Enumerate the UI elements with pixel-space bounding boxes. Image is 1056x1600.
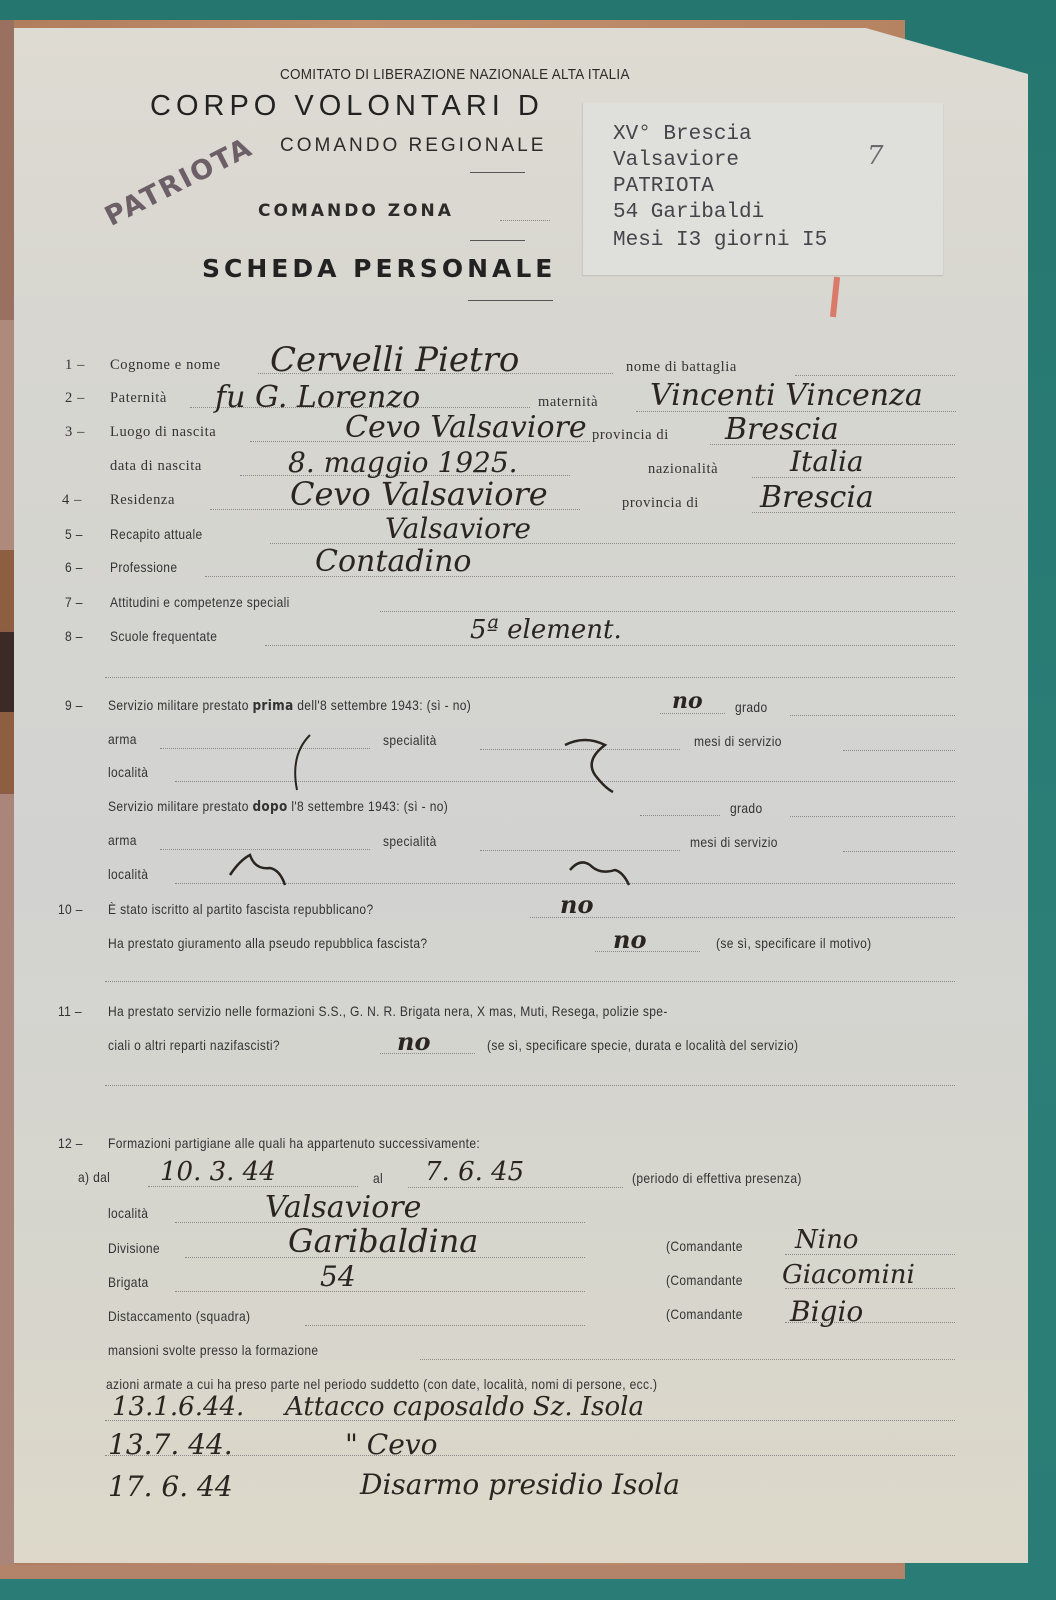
residence-label: Residenza: [110, 492, 175, 509]
oath-answer: no: [613, 925, 646, 954]
battle-name-label: nome di battaglia: [626, 359, 737, 376]
field-number: 5 –: [65, 526, 83, 542]
corps-heading: CORPO VOLONTARI D: [150, 90, 544, 123]
division-commander-value: Nino: [795, 1225, 858, 1255]
nazi-formations-question-cont: ciali o altri reparti nazifascisti?: [108, 1037, 280, 1053]
profession-value: Contadino: [315, 544, 471, 579]
divider: [468, 300, 553, 301]
schools-label: Scuole frequentate: [110, 628, 217, 644]
pencil-mark: 7: [867, 141, 884, 171]
field-number: 12 –: [58, 1135, 83, 1151]
specialty-label-after: specialità: [383, 833, 437, 849]
divider: [470, 240, 525, 241]
arm-label-after: arma: [108, 832, 137, 848]
nazi-formations-note: (se sì, specificare specie, durata e loc…: [487, 1037, 798, 1053]
oath-line: [595, 951, 700, 952]
military-before-question: dell'8 settembre 1943: (sì - no): [297, 697, 471, 713]
paternity-label: Paternità: [110, 390, 167, 407]
military-before-answer: no: [672, 688, 703, 714]
locality-label-after: località: [108, 866, 148, 882]
field-number: 3 –: [65, 424, 85, 441]
regional-command-heading: COMANDO REGIONALE: [280, 135, 546, 157]
detachment-commander-value: Bigio: [790, 1295, 863, 1328]
military-after-text: Servizio militare prestato: [108, 798, 249, 814]
surname-name-label: Cognome e nome: [110, 357, 221, 374]
service-months-label-after: mesi di servizio: [690, 834, 778, 850]
residence-province-label: provincia di: [622, 495, 699, 512]
military-before-text: Servizio militare prestato: [108, 697, 249, 713]
fascist-party-answer: no: [560, 890, 593, 919]
division-commander-label: (Comandante: [666, 1238, 743, 1254]
brigade-value: 54: [320, 1260, 356, 1293]
birthplace-value: Cevo Valsaviore: [345, 410, 587, 445]
action-2-text: " Cevo: [345, 1428, 437, 1461]
from-label: a) dal: [78, 1169, 110, 1185]
typed-label-slip: XV° Brescia Valsaviore PATRIOTA 54 Garib…: [582, 103, 943, 275]
partisan-locality-label: località: [108, 1205, 148, 1221]
rank-line-after: [790, 816, 955, 817]
page-title: SCHEDA PERSONALE: [202, 254, 556, 283]
label-line-area: Valsaviore: [613, 149, 739, 172]
brigade-label: Brigata: [108, 1274, 149, 1290]
birth-province-value: Brescia: [725, 412, 839, 447]
military-before-answer-line: [660, 713, 725, 714]
action-1-text: Attacco caposaldo Sz. Isola: [285, 1392, 644, 1422]
maternity-value: Vincenti Vincenza: [650, 378, 923, 413]
schools-value: 5ª element.: [470, 615, 622, 645]
divider: [470, 172, 525, 173]
to-date: 7. 6. 45: [425, 1157, 524, 1187]
birthplace-label: Luogo di nascita: [110, 424, 216, 441]
action-3-date: 17. 6. 44: [108, 1470, 233, 1503]
military-after-label: Servizio militare prestato dopo l'8 sett…: [108, 798, 448, 815]
committee-heading: COMITATO DI LIBERAZIONE NAZIONALE ALTA I…: [280, 66, 630, 83]
service-months-line-after: [843, 851, 955, 852]
label-line-brigade: 54 Garibaldi: [613, 201, 764, 224]
skills-label: Attitudini e competenze speciali: [110, 594, 290, 610]
partisan-heading: Formazioni partigiane alle quali ha appa…: [108, 1135, 480, 1151]
nationality-label: nazionalità: [648, 461, 718, 478]
label-line-duration: Mesi I3 giorni I5: [613, 229, 827, 252]
detachment-label: Distaccamento (squadra): [108, 1308, 250, 1324]
field-number: 7 –: [65, 594, 83, 610]
birthdate-label: data di nascita: [110, 458, 202, 475]
residence-province-value: Brescia: [760, 480, 874, 515]
board-bottom-edge: [0, 1565, 905, 1579]
profession-label: Professione: [110, 559, 177, 575]
partisan-locality-value: Valsaviore: [265, 1190, 421, 1225]
armed-actions-label: azioni armate a cui ha preso parte nel p…: [106, 1376, 657, 1392]
to-label: al: [373, 1170, 383, 1186]
from-date: 10. 3. 44: [160, 1157, 276, 1187]
oath-question: Ha prestato giuramento alla pseudo repub…: [108, 935, 427, 951]
duties-line: [420, 1359, 955, 1360]
military-after-answer-line: [640, 815, 720, 816]
field-number: 2 –: [65, 390, 85, 407]
locality-label: località: [108, 764, 148, 780]
service-months-line: [843, 750, 955, 751]
duties-label: mansioni svolte presso la formazione: [108, 1342, 318, 1358]
rank-label-after: grado: [730, 800, 763, 816]
rank-line: [790, 715, 955, 716]
to-line: [408, 1187, 623, 1188]
division-value: Garibaldina: [288, 1222, 478, 1260]
strike-through-marks: [285, 730, 645, 800]
birth-province-label: provincia di: [592, 427, 669, 444]
oath-reason-line: [105, 981, 955, 982]
field-number: 1 –: [65, 357, 85, 374]
zone-field-line: [500, 220, 550, 221]
field-number: 11 –: [58, 1003, 82, 1019]
nazi-formations-answer: no: [397, 1027, 430, 1056]
action-1-date: 13.1.6.44.: [112, 1392, 244, 1422]
label-line-unit: XV° Brescia: [613, 123, 752, 146]
nazi-formations-question: Ha prestato servizio nelle formazioni S.…: [108, 1003, 668, 1019]
field-number: 6 –: [65, 559, 83, 575]
nationality-value: Italia: [790, 445, 864, 478]
maternity-label: maternità: [538, 394, 598, 411]
detachment-commander-label: (Comandante: [666, 1306, 743, 1322]
residence-value: Cevo Valsaviore: [290, 475, 548, 513]
fascist-party-line: [530, 917, 955, 918]
label-line-status: PATRIOTA: [613, 175, 714, 198]
period-note: (periodo di effettiva presenza): [632, 1170, 802, 1186]
military-before-emphasis: prima: [252, 698, 293, 714]
schools-line: [265, 645, 955, 646]
current-address-value: Valsaviore: [385, 512, 531, 545]
brigade-line: [175, 1291, 585, 1292]
military-after-question: l'8 settembre 1943: (sì - no): [291, 798, 448, 814]
military-after-emphasis: dopo: [252, 799, 287, 815]
brigade-commander-label: (Comandante: [666, 1272, 743, 1288]
surname-name-value: Cervelli Pietro: [270, 340, 519, 380]
current-address-label: Recapito attuale: [110, 526, 203, 542]
field-number: 9 –: [65, 697, 83, 713]
book-spines: [0, 20, 14, 1575]
division-label: Divisione: [108, 1240, 160, 1256]
military-before-label: Servizio militare prestato prima dell'8 …: [108, 697, 471, 714]
field-number: 10 –: [58, 901, 83, 917]
battle-name-line: [795, 375, 955, 376]
schools-line-2: [105, 677, 955, 678]
oath-note: (se sì, specificare il motivo): [716, 935, 872, 951]
nazi-formations-detail-line: [105, 1085, 955, 1086]
action-3-text: Disarmo presidio Isola: [360, 1468, 680, 1501]
brigade-commander-value: Giacomini: [782, 1260, 915, 1290]
field-number: 4 –: [62, 492, 82, 509]
zone-command-heading: COMANDO ZONA: [258, 201, 454, 221]
rank-label: grado: [735, 699, 768, 715]
detachment-line: [305, 1325, 585, 1326]
field-number: 8 –: [65, 628, 83, 644]
fascist-party-question: È stato iscritto al partito fascista rep…: [108, 901, 373, 917]
service-months-label: mesi di servizio: [694, 733, 782, 749]
arm-label: arma: [108, 731, 137, 747]
action-2-date: 13.7. 44.: [108, 1428, 233, 1461]
skills-line: [380, 611, 955, 612]
